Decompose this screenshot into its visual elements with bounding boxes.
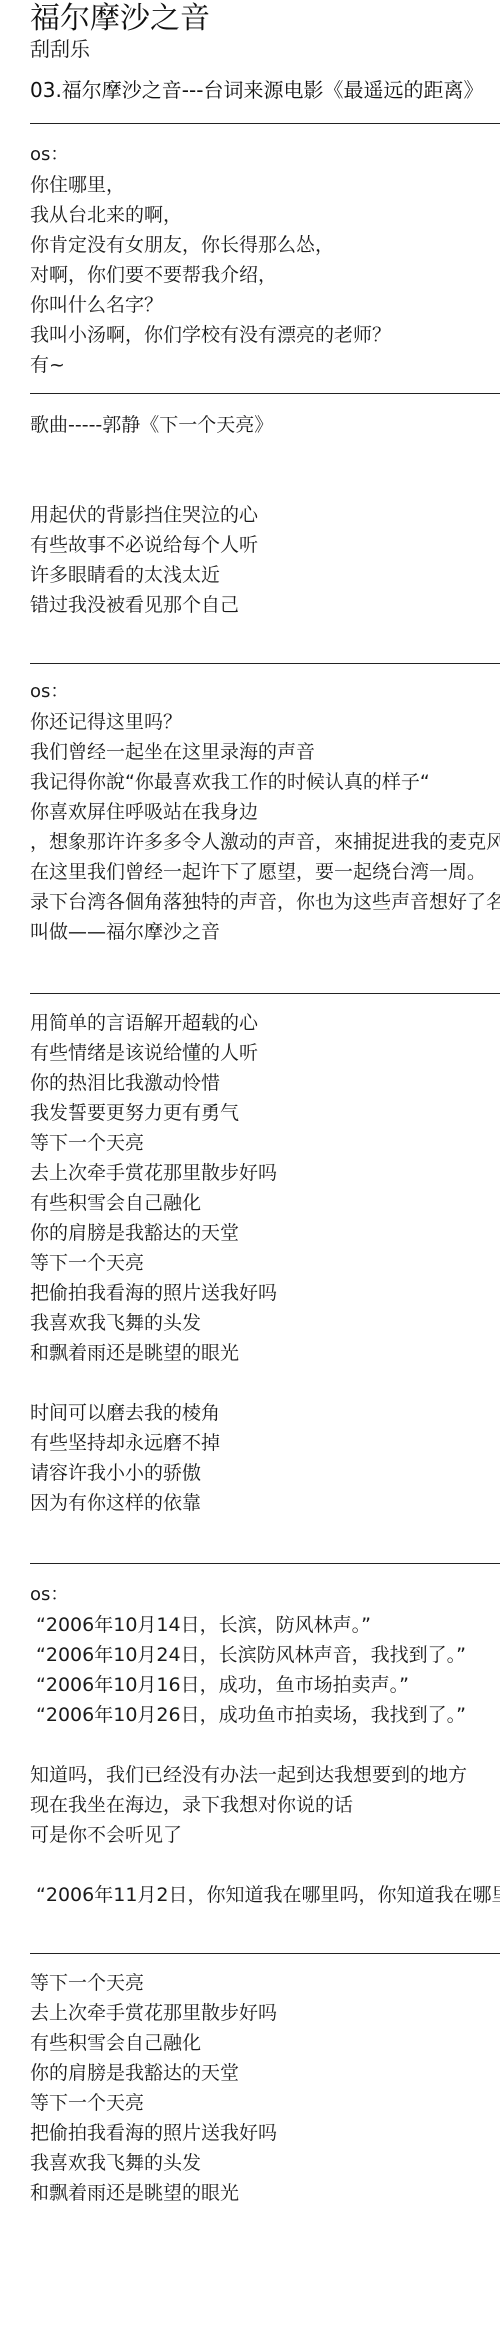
lyric-line: 你的热泪比我激动怜惜 xyxy=(30,1068,500,1098)
lyric-line: 歌曲-----郭静《下一个天亮》 xyxy=(30,410,500,440)
lyric-line xyxy=(30,1730,500,1760)
lyric-line: 把偷拍我看海的照片送我好吗 xyxy=(30,1278,500,1308)
lyric-line: 把偷拍我看海的照片送我好吗 xyxy=(30,2118,500,2148)
track-info: 03.福尔摩沙之音---台词来源电影《最遥远的距离》 xyxy=(30,78,483,102)
lyrics-section-1: os：你住哪里，我从台北来的啊，你肯定没有女朋友，你长得那么怂，对啊，你们要不要… xyxy=(30,140,500,380)
lyric-line: 有些积雪会自己融化 xyxy=(30,1188,500,1218)
lyric-line: 时间可以磨去我的棱角 xyxy=(30,1398,500,1428)
lyric-line xyxy=(30,1368,500,1398)
lyrics-section-3: os：你还记得这里吗？我们曾经一起坐在这里录海的声音我记得你說“你最喜欢我工作的… xyxy=(30,677,500,977)
lyric-line: 等下一个天亮 xyxy=(30,1968,500,1998)
lyric-line xyxy=(30,947,500,977)
lyric-line: 因为有你这样的依靠 xyxy=(30,1488,500,1518)
divider xyxy=(30,993,500,994)
lyric-line: os： xyxy=(30,140,500,170)
lyric-line: 和飘着雨还是眺望的眼光 xyxy=(30,2178,500,2208)
lyric-line: 请容许我小小的骄傲 xyxy=(30,1458,500,1488)
lyric-line: 我喜欢我飞舞的头发 xyxy=(30,2148,500,2178)
lyric-line xyxy=(30,1518,500,1548)
lyric-line: 有些积雪会自己融化 xyxy=(30,2028,500,2058)
lyric-line: 有些坚持却永远磨不掉 xyxy=(30,1428,500,1458)
lyric-line: 等下一个天亮 xyxy=(30,2088,500,2118)
lyric-line: 我发誓要更努力更有勇气 xyxy=(30,1098,500,1128)
lyric-line: 你还记得这里吗？ xyxy=(30,707,500,737)
lyrics-section-4: 用简单的言语解开超载的心有些情绪是该说给懂的人听你的热泪比我激动怜惜我发誓要更努… xyxy=(30,1008,500,1548)
lyric-line: 我记得你說“你最喜欢我工作的时候认真的样子“ xyxy=(30,767,500,797)
lyric-line: 可是你不会听见了 xyxy=(30,1820,500,1850)
lyric-line xyxy=(30,440,500,470)
lyric-line: “2006年10月16日，成功，鱼市场拍卖声。” xyxy=(30,1670,500,1700)
lyric-line: os： xyxy=(30,677,500,707)
divider xyxy=(30,123,500,124)
lyric-line: ，想象那许许多多令人激动的声音，來捕捉进我的麦克风 xyxy=(30,827,500,857)
lyric-line xyxy=(30,470,500,500)
lyric-line: 你肯定没有女朋友，你长得那么怂， xyxy=(30,230,500,260)
lyric-line: 和飘着雨还是眺望的眼光 xyxy=(30,1338,500,1368)
lyric-line: 叫做——福尔摩沙之音 xyxy=(30,917,500,947)
lyric-line: 你叫什么名字？ xyxy=(30,290,500,320)
lyric-line xyxy=(30,1850,500,1880)
lyrics-section-2: 歌曲-----郭静《下一个天亮》 用起伏的背影挡住哭泣的心有些故事不必说给每个人… xyxy=(30,410,500,650)
artist-name: 刮刮乐 xyxy=(30,37,90,61)
divider xyxy=(30,1953,500,1954)
lyric-line: “2006年10月14日，长滨，防风林声。” xyxy=(30,1610,500,1640)
lyric-line: 你喜欢屏住呼吸站在我身边 xyxy=(30,797,500,827)
lyric-line: 你的肩膀是我豁达的天堂 xyxy=(30,1218,500,1248)
lyric-line: 许多眼睛看的太浅太近 xyxy=(30,560,500,590)
song-title: 福尔摩沙之音 xyxy=(30,1,210,37)
lyrics-section-6: 等下一个天亮去上次牵手赏花那里散步好吗有些积雪会自己融化你的肩膀是我豁达的天堂等… xyxy=(30,1968,500,2208)
lyric-line: 你的肩膀是我豁达的天堂 xyxy=(30,2058,500,2088)
lyric-line: 错过我没被看见那个自己 xyxy=(30,590,500,620)
lyric-line xyxy=(30,620,500,650)
divider xyxy=(30,393,500,394)
lyric-line: os： xyxy=(30,1580,500,1610)
lyric-line: 去上次牵手赏花那里散步好吗 xyxy=(30,1158,500,1188)
lyric-line: 我喜欢我飞舞的头发 xyxy=(30,1308,500,1338)
lyric-line: 你住哪里， xyxy=(30,170,500,200)
lyric-line: 有些情绪是该说给懂的人听 xyxy=(30,1038,500,1068)
lyric-line: 有些故事不必说给每个人听 xyxy=(30,530,500,560)
lyric-line: 在这里我们曾经一起许下了愿望，要一起绕台湾一周。 xyxy=(30,857,500,887)
lyric-line: “2006年10月24日，长滨防风林声音，我找到了。” xyxy=(30,1640,500,1670)
divider xyxy=(30,1563,500,1564)
lyric-line: 我从台北来的啊， xyxy=(30,200,500,230)
lyric-line: 我们曾经一起坐在这里录海的声音 xyxy=(30,737,500,767)
lyric-line: 有~ xyxy=(30,350,500,380)
lyric-line: 等下一个天亮 xyxy=(30,1248,500,1278)
lyric-line: 我叫小汤啊，你们学校有没有漂亮的老师？ xyxy=(30,320,500,350)
lyric-line: 知道吗，我们已经没有办法一起到达我想要到的地方 xyxy=(30,1760,500,1790)
lyrics-section-5: os： “2006年10月14日，长滨，防风林声。” “2006年10月24日，… xyxy=(30,1580,500,1910)
divider xyxy=(30,663,500,664)
lyric-line: 用简单的言语解开超载的心 xyxy=(30,1008,500,1038)
lyric-line: 对啊，你们要不要帮我介绍， xyxy=(30,260,500,290)
lyric-line: 等下一个天亮 xyxy=(30,1128,500,1158)
lyric-line: 现在我坐在海边，录下我想对你说的话 xyxy=(30,1790,500,1820)
lyric-line: “2006年10月26日，成功鱼市拍卖场，我找到了。” xyxy=(30,1700,500,1730)
lyric-line: 去上次牵手赏花那里散步好吗 xyxy=(30,1998,500,2028)
lyric-line: 用起伏的背影挡住哭泣的心 xyxy=(30,500,500,530)
lyric-line: 录下台湾各個角落独特的声音，你也为这些声音想好了名字 xyxy=(30,887,500,917)
lyric-line: “2006年11月2日，你知道我在哪里吗，你知道我在哪里吗 xyxy=(30,1880,500,1910)
